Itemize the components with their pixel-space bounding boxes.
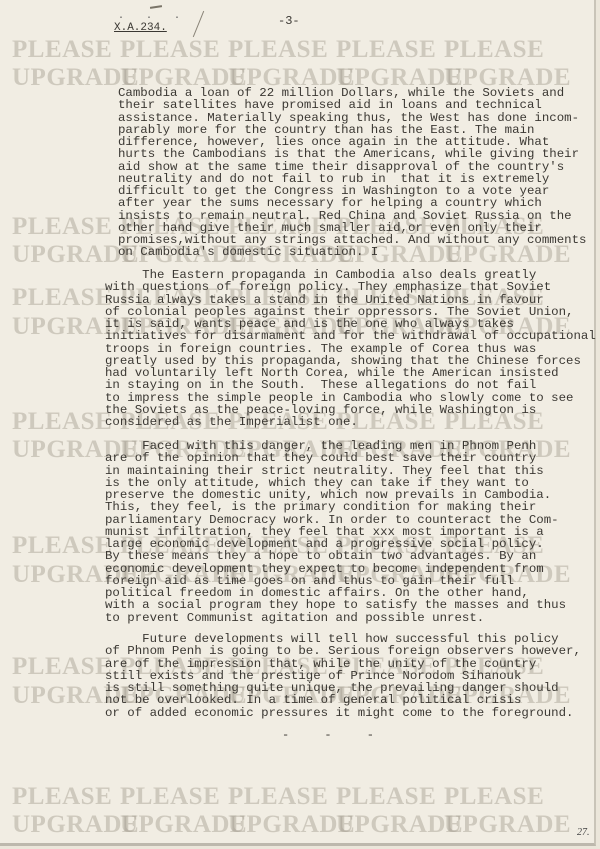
page-number: -3- xyxy=(278,14,300,28)
text-line: considered as the Imperialist one. xyxy=(105,416,596,428)
paragraph-2: The Eastern propaganda in Cambodia also … xyxy=(105,269,596,428)
text-line: with a social program they hope to satis… xyxy=(105,599,566,611)
text-line: not be overlooked. In a time of general … xyxy=(105,694,581,706)
paragraph-3: Faced with this danger, the leading men … xyxy=(105,440,566,624)
text-line: on Cambodia's domestic situation. I xyxy=(118,246,586,258)
closing-marks: - - - xyxy=(282,728,388,742)
text-line: assistance. Materially speaking thus, th… xyxy=(118,112,586,124)
document-reference: X.A.234. xyxy=(114,22,167,34)
text-line: to impress the simple people in Cambodia… xyxy=(105,392,596,404)
text-line: with questions of foreign policy. They e… xyxy=(105,281,596,293)
paragraph-1: Cambodia a loan of 22 million Dollars, w… xyxy=(118,87,586,259)
text-line: aid show at the same time their disappro… xyxy=(118,161,586,173)
text-line: their satellites have promised aid in lo… xyxy=(118,99,586,111)
text-line: This, they feel, is the primary conditio… xyxy=(105,501,566,513)
paragraph-4: Future developments will tell how succes… xyxy=(105,633,581,719)
header-dots: . . . xyxy=(118,11,188,22)
text-line: are of the opinion that they could best … xyxy=(105,452,566,464)
text-line: troops in foreign countries. The example… xyxy=(105,343,596,355)
text-line: after year the sums necessary for helpin… xyxy=(118,197,586,209)
text-line: By these means they a hope to obtain two… xyxy=(105,550,566,562)
text-line: initiatives for disarmament and for the … xyxy=(105,330,596,342)
text-line: or of added economic pressures it might … xyxy=(105,707,581,719)
text-line: of Phnom Penh is going to be. Serious fo… xyxy=(105,645,581,657)
text-line: to prevent Communist agitation and possi… xyxy=(105,612,566,624)
text-line: insists to remain neutral. Red China and… xyxy=(118,210,586,222)
text-line: hurts the Cambodians is that the America… xyxy=(118,148,586,160)
text-line: parliamentary Democracy work. In order t… xyxy=(105,514,566,526)
text-line: economic development they expect to beco… xyxy=(105,563,566,575)
text-line: are of the impression that, while the un… xyxy=(105,658,581,670)
text-line: Russia always takes a stand in the Unite… xyxy=(105,294,596,306)
text-line: in staying on in the South. These allega… xyxy=(105,379,596,391)
text-line: in maintaining their strict neutrality. … xyxy=(105,465,566,477)
folio-number: 27. xyxy=(577,827,590,838)
